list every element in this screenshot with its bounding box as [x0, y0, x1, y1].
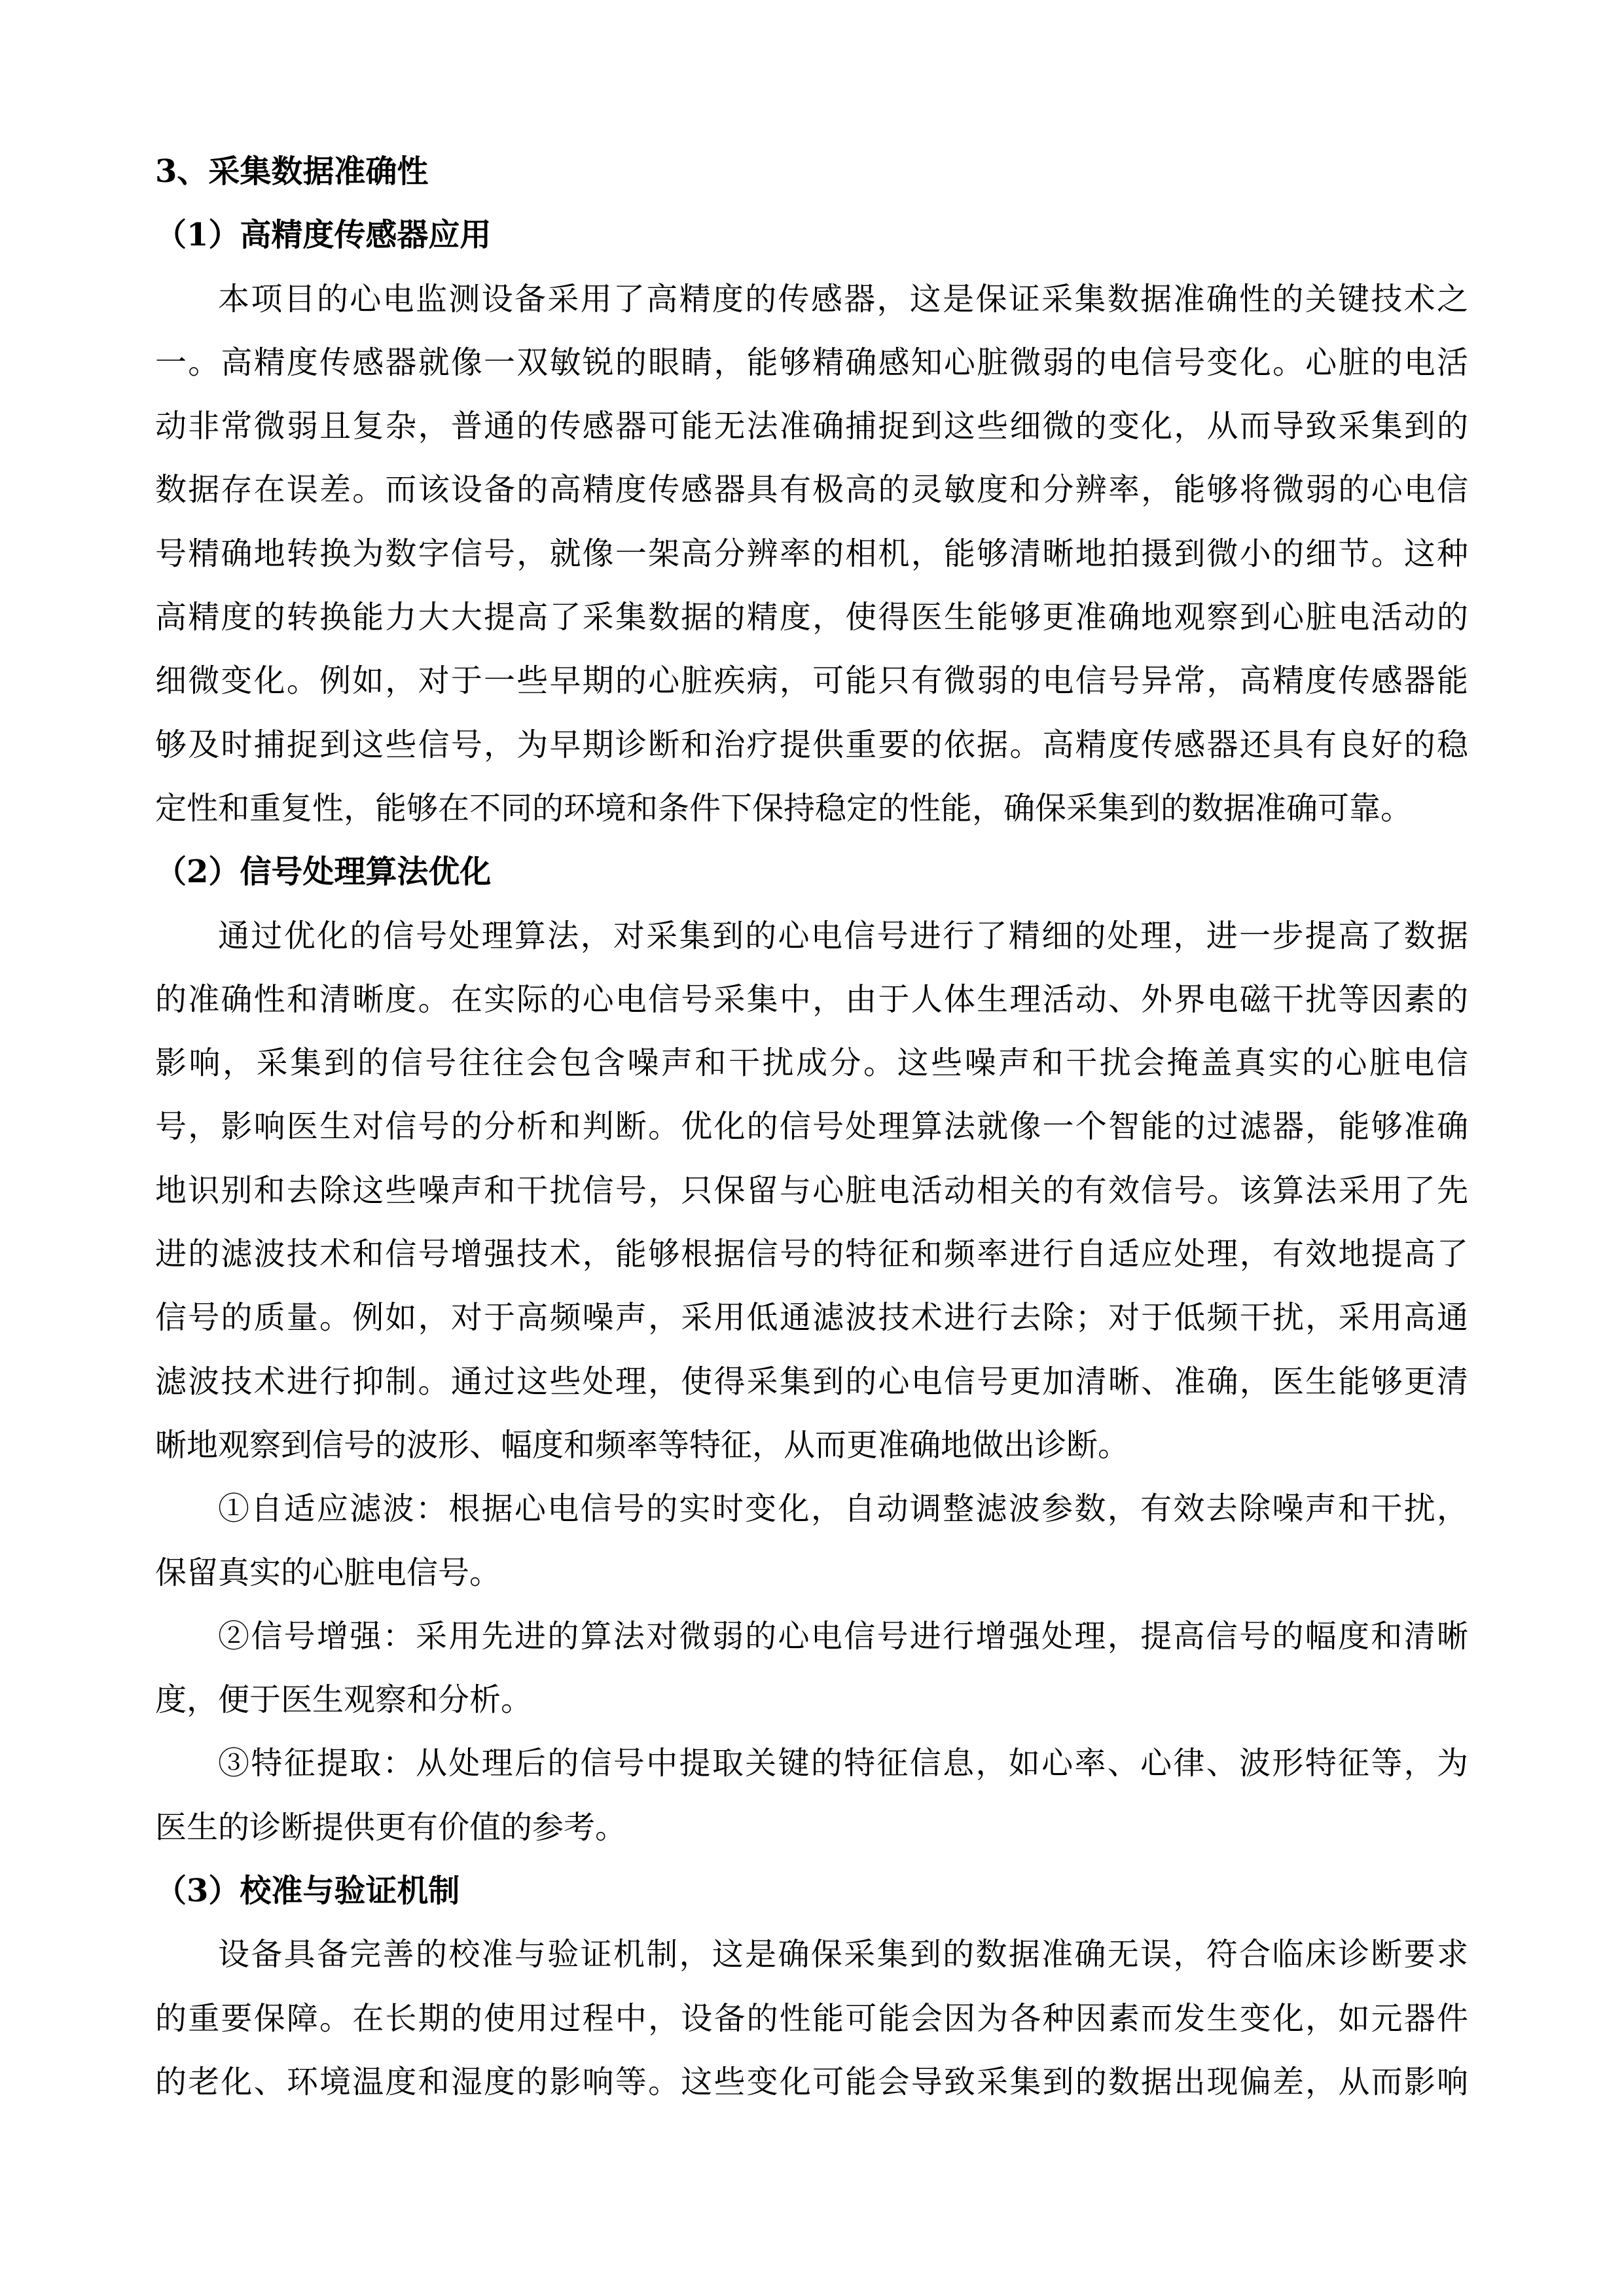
- paragraph-line: 的老化、环境温度和湿度的影响等。这些变化可能会导致采集到的数据出现偏差，从而影响: [155, 2051, 1468, 2114]
- list-item-signal-enhancement: ②信号增强：采用先进的算法对微弱的心电信号进行增强处理，提高信号的幅度和清晰 度…: [155, 1605, 1468, 1732]
- paragraph-algorithm: 通过优化的信号处理算法，对采集到的心电信号进行了精细的处理，进一步提高了数据 的…: [155, 905, 1468, 1478]
- paragraph-line: 的重要保障。在长期的使用过程中，设备的性能可能会因为各种因素而发生变化，如元器件: [155, 1987, 1468, 2051]
- paragraph-line: 设备具备完善的校准与验证机制，这是确保采集到的数据准确无误，符合临床诊断要求: [155, 1923, 1468, 1986]
- paragraph-line: 一。高精度传感器就像一双敏锐的眼睛，能够精确感知心脏微弱的电信号变化。心脏的电活: [155, 331, 1468, 395]
- paragraph-line: 保留真实的心脏电信号。: [155, 1541, 1468, 1605]
- subsection-title-2: （2）信号处理算法优化: [155, 840, 1468, 904]
- paragraph-line: 进的滤波技术和信号增强技术，能够根据信号的特征和频率进行自适应处理，有效地提高了: [155, 1223, 1468, 1286]
- paragraph-line: 地识别和去除这些噪声和干扰信号，只保留与心脏电活动相关的有效信号。该算法采用了先: [155, 1159, 1468, 1223]
- paragraph-sensor: 本项目的心电监测设备采用了高精度的传感器，这是保证采集数据准确性的关键技术之 一…: [155, 268, 1468, 841]
- subsection-title-3: （3）校准与验证机制: [155, 1859, 1468, 1923]
- paragraph-line: 数据存在误差。而该设备的高精度传感器具有极高的灵敏度和分辨率，能够将微弱的心电信: [155, 458, 1468, 522]
- paragraph-line: ①自适应滤波：根据心电信号的实时变化，自动调整滤波参数，有效去除噪声和干扰，: [155, 1477, 1468, 1541]
- paragraph-line: 号，影响医生对信号的分析和判断。优化的信号处理算法就像一个智能的过滤器，能够准确: [155, 1095, 1468, 1158]
- paragraph-line: 号精确地转换为数字信号，就像一架高分辨率的相机，能够清晰地拍摄到微小的细节。这种: [155, 522, 1468, 586]
- paragraph-line: ②信号增强：采用先进的算法对微弱的心电信号进行增强处理，提高信号的幅度和清晰: [155, 1605, 1468, 1668]
- paragraph-line: 晰地观察到信号的波形、幅度和频率等特征，从而更准确地做出诊断。: [155, 1414, 1468, 1477]
- paragraph-line: 信号的质量。例如，对于高频噪声，采用低通滤波技术进行去除；对于低频干扰，采用高通: [155, 1286, 1468, 1350]
- paragraph-line: ③特征提取：从处理后的信号中提取关键的特征信息，如心率、心律、波形特征等，为: [155, 1732, 1468, 1795]
- paragraph-line: 的准确性和清晰度。在实际的心电信号采集中，由于人体生理活动、外界电磁干扰等因素的: [155, 968, 1468, 1031]
- paragraph-line: 通过优化的信号处理算法，对采集到的心电信号进行了精细的处理，进一步提高了数据: [155, 905, 1468, 968]
- document-page: 3、采集数据准确性 （1）高精度传感器应用 本项目的心电监测设备采用了高精度的传…: [155, 140, 1468, 2114]
- subsection-title-1: （1）高精度传感器应用: [155, 204, 1468, 267]
- paragraph-line: 够及时捕捉到这些信号，为早期诊断和治疗提供重要的依据。高精度传感器还具有良好的稳: [155, 713, 1468, 777]
- list-item-feature-extraction: ③特征提取：从处理后的信号中提取关键的特征信息，如心率、心律、波形特征等，为 医…: [155, 1732, 1468, 1859]
- paragraph-line: 医生的诊断提供更有价值的参考。: [155, 1796, 1468, 1859]
- paragraph-line: 定性和重复性，能够在不同的环境和条件下保持稳定的性能，确保采集到的数据准确可靠。: [155, 777, 1468, 840]
- paragraph-line: 细微变化。例如，对于一些早期的心脏疾病，可能只有微弱的电信号异常，高精度传感器能: [155, 649, 1468, 713]
- paragraph-calibration: 设备具备完善的校准与验证机制，这是确保采集到的数据准确无误，符合临床诊断要求 的…: [155, 1923, 1468, 2114]
- paragraph-line: 高精度的转换能力大大提高了采集数据的精度，使得医生能够更准确地观察到心脏电活动的: [155, 586, 1468, 649]
- list-item-adaptive-filter: ①自适应滤波：根据心电信号的实时变化，自动调整滤波参数，有效去除噪声和干扰， 保…: [155, 1477, 1468, 1605]
- paragraph-line: 度，便于医生观察和分析。: [155, 1668, 1468, 1732]
- section-title: 3、采集数据准确性: [155, 140, 1468, 204]
- paragraph-line: 动非常微弱且复杂，普通的传感器可能无法准确捕捉到这些细微的变化，从而导致采集到的: [155, 395, 1468, 458]
- paragraph-line: 影响，采集到的信号往往会包含噪声和干扰成分。这些噪声和干扰会掩盖真实的心脏电信: [155, 1031, 1468, 1095]
- paragraph-line: 滤波技术进行抑制。通过这些处理，使得采集到的心电信号更加清晰、准确，医生能够更清: [155, 1350, 1468, 1414]
- paragraph-line: 本项目的心电监测设备采用了高精度的传感器，这是保证采集数据准确性的关键技术之: [155, 268, 1468, 331]
